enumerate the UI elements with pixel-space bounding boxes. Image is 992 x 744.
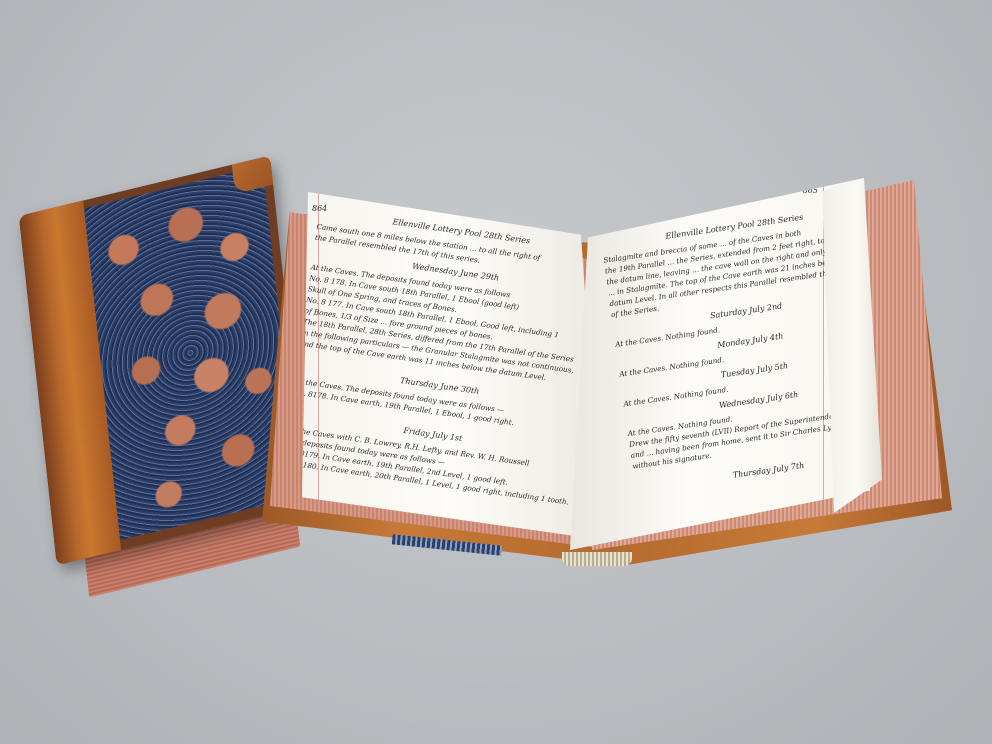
- photo-scene: 864 Ellenville Lottery Pool 28th Series …: [0, 0, 992, 744]
- headband: [562, 552, 632, 566]
- left-page: 864 Ellenville Lottery Pool 28th Series …: [302, 192, 602, 547]
- open-ledger: 864 Ellenville Lottery Pool 28th Series …: [262, 172, 952, 572]
- page-number: 865: [803, 186, 818, 195]
- handwritten-entries-left: Ellenville Lottery Pool 28th Series Came…: [302, 202, 602, 508]
